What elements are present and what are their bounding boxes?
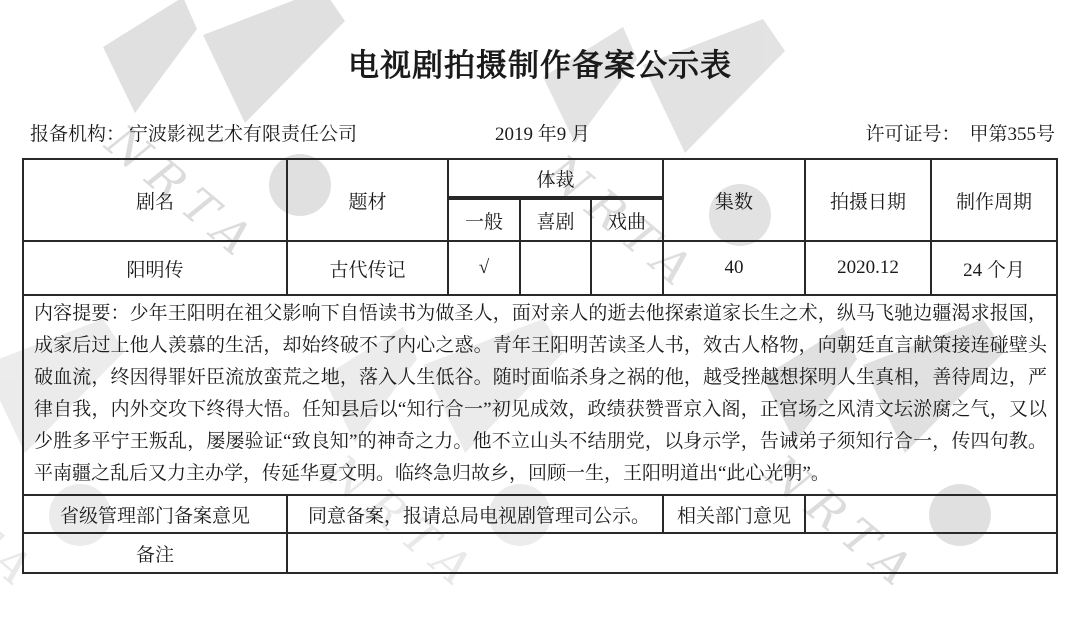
cell-shooting-date: 2020.12	[805, 241, 931, 295]
provincial-opinion-value: 同意备案，报请总局电视剧管理司公示。	[287, 495, 663, 533]
header-production-cycle: 制作周期	[931, 159, 1057, 241]
info-bar: 报备机构：宁波影视艺术有限责任公司 2019 年9 月 许可证号：甲第355号	[30, 119, 1055, 146]
content-summary: 内容提要：少年王阳明在祖父影响下自悟读书为做圣人，面对亲人的逝去他探索道家长生之…	[23, 295, 1057, 495]
provincial-opinion-label: 省级管理部门备案意见	[23, 495, 287, 533]
header-genre-opera: 戏曲	[591, 198, 663, 241]
table-row-drama: 阳明传 古代传记 √ 40 2020.12 24 个月	[23, 241, 1057, 295]
report-org-label: 报备机构：	[30, 124, 125, 145]
filing-date: 2019 年9 月	[473, 119, 613, 146]
header-row-top: 剧名 题材 体裁 集数 拍摄日期 制作周期	[23, 159, 1057, 198]
filing-form-document: NRTA 电视剧拍摄制作备案公示表 报备机构：宁波影视艺术有限责任公司 2019…	[0, 0, 1080, 627]
remarks-value	[287, 533, 1057, 573]
summary-label: 内容提要：	[34, 303, 130, 324]
header-genre: 体裁	[448, 159, 663, 198]
header-genre-general: 一般	[448, 198, 520, 241]
license-label: 许可证号：	[865, 124, 960, 145]
filing-form-table: 剧名 题材 体裁 集数 拍摄日期 制作周期 一般 喜剧 戏曲 阳明传 古代传记 …	[22, 158, 1058, 574]
related-dept-label: 相关部门意见	[663, 495, 805, 533]
cell-episodes: 40	[663, 241, 805, 295]
header-episodes: 集数	[663, 159, 805, 241]
license-number: 许可证号：甲第355号	[613, 119, 1056, 146]
opinion-row: 省级管理部门备案意见 同意备案，报请总局电视剧管理司公示。 相关部门意见	[23, 495, 1057, 533]
header-subject: 题材	[287, 159, 448, 241]
cell-subject: 古代传记	[287, 241, 448, 295]
page-title: 电视剧拍摄制作备案公示表	[0, 0, 1080, 85]
cell-drama-name: 阳明传	[23, 241, 287, 295]
cell-genre-opera	[591, 241, 663, 295]
header-genre-comedy: 喜剧	[520, 198, 591, 241]
license-value: 甲第355号	[969, 124, 1055, 145]
cell-production-cycle: 24 个月	[931, 241, 1057, 295]
related-dept-value	[805, 495, 1057, 533]
report-org: 报备机构：宁波影视艺术有限责任公司	[30, 119, 473, 146]
summary-row: 内容提要：少年王阳明在祖父影响下自悟读书为做圣人，面对亲人的逝去他探索道家长生之…	[23, 295, 1057, 495]
header-shooting-date: 拍摄日期	[805, 159, 931, 241]
summary-text: 少年王阳明在祖父影响下自悟读书为做圣人，面对亲人的逝去他探索道家长生之术，纵马飞…	[34, 303, 1047, 484]
header-drama-name: 剧名	[23, 159, 287, 241]
report-org-value: 宁波影视艺术有限责任公司	[129, 124, 357, 145]
cell-genre-general-checkmark: √	[448, 241, 520, 295]
cell-genre-comedy	[520, 241, 591, 295]
remarks-row: 备注	[23, 533, 1057, 573]
remarks-label: 备注	[23, 533, 287, 573]
